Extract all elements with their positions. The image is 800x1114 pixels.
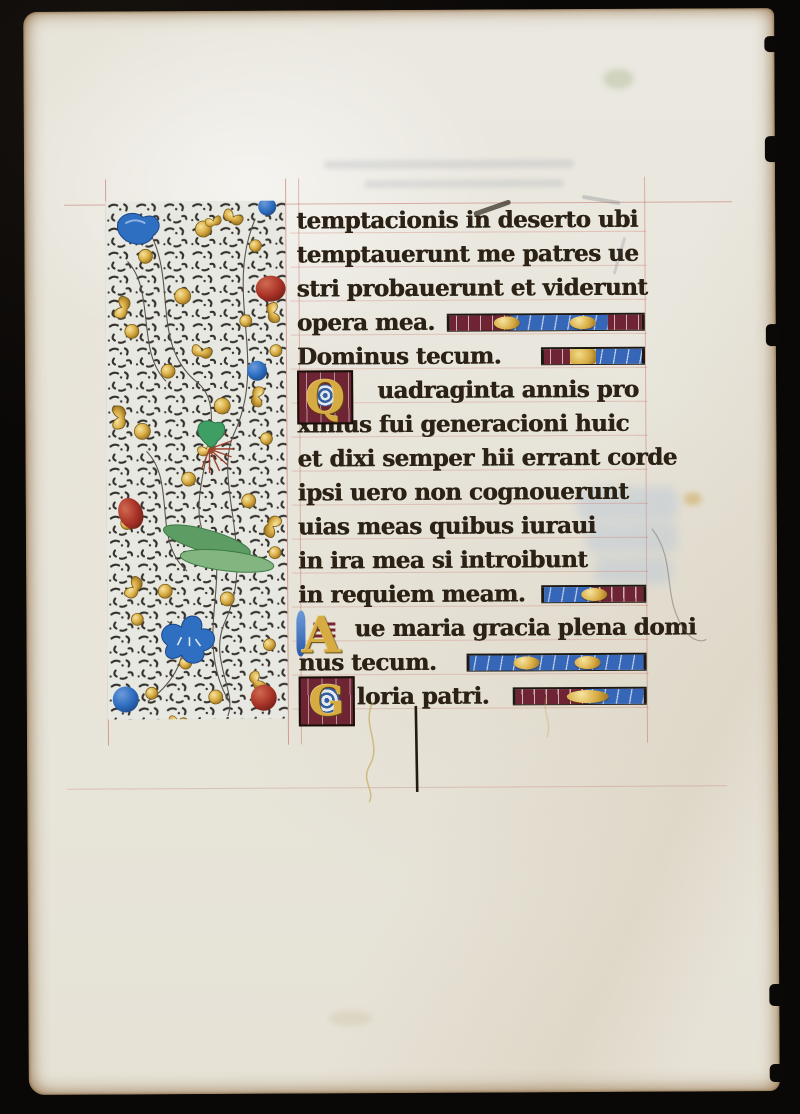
stain — [603, 69, 633, 89]
line-text: opera mea. — [297, 306, 435, 341]
line-text: ue maria gracia plena domi — [354, 610, 696, 646]
illuminated-initial-A: A — [294, 606, 348, 664]
initial-letter: A — [302, 610, 341, 660]
text-line: ue maria gracia plena domi — [298, 611, 646, 647]
vellum-page: temptacionis in deserto ubi temptauerunt… — [23, 8, 780, 1095]
blue-ball — [247, 361, 267, 381]
binding-notch — [766, 324, 779, 346]
text-line: et dixi semper hii errant corde — [297, 441, 645, 477]
text-line: stri probauerunt et viderunt — [297, 271, 645, 307]
red-ball — [251, 685, 277, 711]
line-text: et dixi semper hii errant corde — [297, 441, 676, 477]
showthrough-mark — [324, 159, 574, 169]
binding-notch — [769, 984, 782, 1006]
line-text: uias meas quibus iuraui — [298, 509, 596, 545]
text-line: ipsi uero non cognouerunt — [298, 475, 646, 511]
binding-notch — [764, 36, 777, 52]
ruling-line-bottom — [67, 785, 727, 789]
initial-letter: G — [309, 680, 345, 722]
line-text: in ira mea si introibunt — [298, 543, 587, 579]
line-text: uadraginta annis pro — [377, 373, 639, 408]
line-text: stri probauerunt et viderunt — [297, 271, 648, 307]
illuminated-initial-G: G — [299, 676, 355, 726]
illuminated-border-panel — [105, 201, 288, 720]
text-block: temptacionis in deserto ubi temptauerunt… — [296, 203, 647, 715]
illuminated-initial-Q: Q — [297, 370, 353, 424]
line-text: ipsi uero non cognouerunt — [298, 475, 629, 511]
text-line: in requiem meam. — [298, 577, 646, 613]
line-filler — [447, 313, 645, 332]
binding-notch — [765, 136, 778, 162]
line-text: loria patri. — [357, 680, 490, 715]
line-text: Dominus tecum. — [297, 339, 501, 374]
text-line: uias meas quibus iuraui — [298, 509, 646, 545]
showthrough-mark — [364, 179, 564, 188]
line-text: temptauerunt me patres ue — [296, 237, 638, 273]
line-filler — [513, 687, 647, 706]
line-filler — [541, 585, 646, 604]
binding-notch — [770, 1064, 783, 1082]
line-filler — [466, 653, 646, 672]
blue-ball — [113, 686, 139, 712]
text-line: opera mea. — [297, 305, 645, 341]
text-line: in ira mea si introibunt — [298, 543, 646, 579]
text-line: temptauerunt me patres ue — [296, 237, 644, 273]
ink-descender-stroke — [416, 706, 417, 792]
red-berry — [256, 276, 286, 302]
stain — [328, 1010, 372, 1026]
stain — [684, 492, 702, 505]
line-filler — [541, 347, 645, 366]
initial-letter: Q — [305, 374, 345, 420]
line-text: temptacionis in deserto ubi — [296, 203, 638, 239]
text-line: nus tecum. — [298, 645, 646, 681]
text-line: Dominus tecum. — [297, 339, 645, 375]
text-line: temptacionis in deserto ubi — [296, 203, 644, 239]
